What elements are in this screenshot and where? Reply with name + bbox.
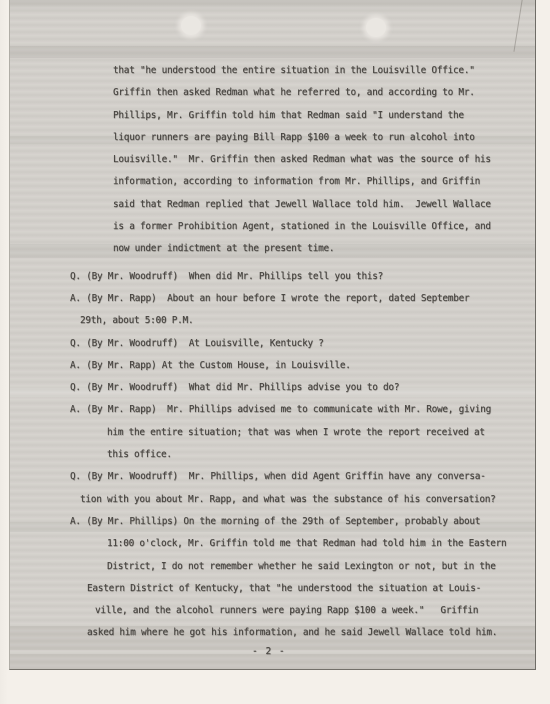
- document-line: Louisville." Mr. Griffin then asked Redm…: [10, 149, 535, 171]
- document-line: Q. (By Mr. Woodruff) When did Mr. Philli…: [10, 266, 535, 288]
- document-line: Q. (By Mr. Woodruff) What did Mr. Philli…: [10, 377, 535, 399]
- document-line: asked him where he got his information, …: [10, 622, 535, 644]
- document-line: this office.: [10, 444, 535, 466]
- document-line: Griffin then asked Redman what he referr…: [10, 82, 535, 104]
- paper-crease: [513, 0, 523, 52]
- document-line: Q. (By Mr. Woodruff) At Louisville, Kent…: [10, 333, 535, 355]
- document-line: Eastern District of Kentucky, that "he u…: [10, 578, 535, 600]
- document-line: 11:00 o'clock, Mr. Griffin told me that …: [10, 533, 535, 555]
- document-line: liquor runners are paying Bill Rapp $100…: [10, 127, 535, 149]
- document-line: that "he understood the entire situation…: [10, 60, 535, 82]
- document-line: him the entire situation; that was when …: [10, 422, 535, 444]
- document-line: District, I do not remember whether he s…: [10, 556, 535, 578]
- hole-punch: [366, 18, 386, 37]
- document-line: information, according to information fr…: [10, 171, 535, 193]
- document-line: 29th, about 5:00 P.M.: [10, 310, 535, 332]
- page-number: - 2 -: [252, 646, 286, 657]
- document-line: Q. (By Mr. Woodruff) Mr. Phillips, when …: [10, 466, 535, 488]
- document-line: tion with you about Mr. Rapp, and what w…: [10, 489, 535, 511]
- document-line: said that Redman replied that Jewell Wal…: [10, 194, 535, 216]
- scanned-document: that "he understood the entire situation…: [0, 0, 550, 704]
- paper-sheet: that "he understood the entire situation…: [9, 0, 536, 670]
- hole-punch: [181, 16, 201, 35]
- scan-streak: [10, 46, 535, 58]
- document-line: A. (By Mr. Rapp) Mr. Phillips advised me…: [10, 399, 535, 421]
- document-line: A. (By Mr. Phillips) On the morning of t…: [10, 511, 535, 533]
- document-line: A. (By Mr. Rapp) About an hour before I …: [10, 288, 535, 310]
- document-line: now under indictment at the present time…: [10, 238, 535, 260]
- document-text: that "he understood the entire situation…: [10, 60, 535, 645]
- document-line: is a former Prohibition Agent, stationed…: [10, 216, 535, 238]
- document-line: Phillips, Mr. Griffin told him that Redm…: [10, 105, 535, 127]
- document-line: ville, and the alcohol runners were payi…: [10, 600, 535, 622]
- document-line: A. (By Mr. Rapp) At the Custom House, in…: [10, 355, 535, 377]
